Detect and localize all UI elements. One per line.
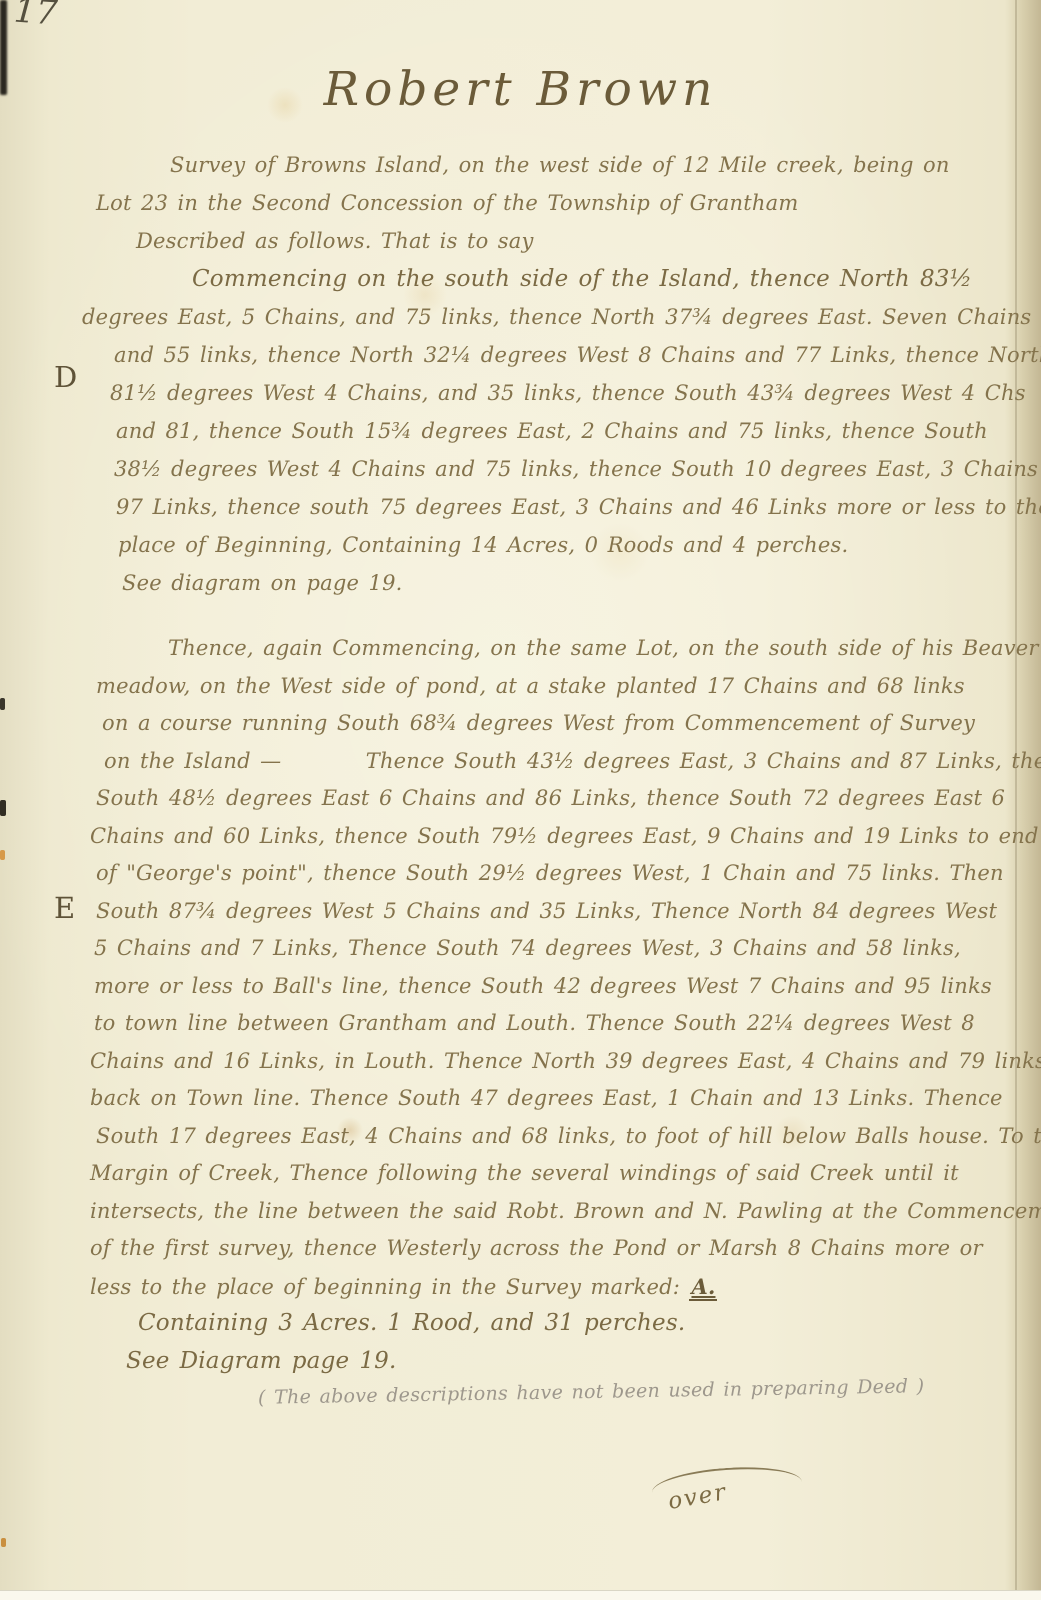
manuscript-line: intersects, the line between the said Ro… — [90, 1193, 1010, 1231]
manuscript-line: Chains and 60 Links, thence South 79½ de… — [90, 818, 1010, 856]
pencil-annotation: ( The above descriptions have not been u… — [258, 1375, 925, 1409]
marked-line-text: less to the place of beginning in the Su… — [90, 1275, 680, 1299]
manuscript-line: more or less to Ball's line, thence Sout… — [94, 968, 1010, 1006]
manuscript-line: degrees East, 5 Chains, and 75 links, th… — [82, 298, 1010, 336]
manuscript-line: 5 Chains and 7 Links, Thence South 74 de… — [94, 930, 1010, 968]
containing-line: Containing 3 Acres. 1 Rood, and 31 perch… — [138, 1305, 1010, 1343]
over-scrawl: over — [640, 1462, 820, 1522]
survey-mark-letter: A. — [689, 1274, 717, 1301]
manuscript-line: back on Town line. Thence South 47 degre… — [90, 1080, 1010, 1118]
manuscript-line: See diagram on page 19. — [122, 564, 1010, 602]
manuscript-line: Described as follows. That is to say — [136, 222, 1010, 260]
manuscript-line: of the first survey, thence Westerly acr… — [90, 1230, 1010, 1268]
page-bottom-edge — [0, 1590, 1041, 1600]
page-number: 17 — [13, 0, 59, 33]
manuscript-line: and 81, thence South 15¾ degrees East, 2… — [116, 412, 1010, 450]
manuscript-line: Chains and 16 Links, in Louth. Thence No… — [90, 1043, 1010, 1081]
manuscript-line: South 17 degrees East, 4 Chains and 68 l… — [96, 1118, 1010, 1156]
manuscript-line: Lot 23 in the Second Concession of the T… — [96, 184, 1010, 222]
manuscript-line: South 48½ degrees East 6 Chains and 86 L… — [96, 780, 1010, 818]
manuscript-line: and 55 links, thence North 32¼ degrees W… — [114, 336, 1010, 374]
manuscript-line: 97 Links, thence south 75 degrees East, … — [116, 488, 1010, 526]
binding-mark — [1, 1538, 6, 1547]
manuscript-line: place of Beginning, Containing 14 Acres,… — [118, 526, 1010, 564]
manuscript-line: South 87¾ degrees West 5 Chains and 35 L… — [96, 893, 1010, 931]
manuscript-line: 81½ degrees West 4 Chains, and 35 links,… — [110, 374, 1010, 412]
page-edge — [1015, 0, 1017, 1600]
manuscript-page: 17 Robert Brown D E Survey of Browns Isl… — [0, 0, 1041, 1600]
survey-description-1: Survey of Browns Island, on the west sid… — [0, 146, 1010, 602]
manuscript-line: on the Island — Thence South 43½ degrees… — [104, 743, 1010, 781]
manuscript-line: Margin of Creek, Thence following the se… — [90, 1155, 1010, 1193]
manuscript-line: of "George's point", thence South 29½ de… — [96, 855, 1010, 893]
manuscript-line: less to the place of beginning in the Su… — [90, 1268, 1010, 1306]
manuscript-line: to town line between Grantham and Louth.… — [94, 1005, 1010, 1043]
manuscript-line: on a course running South 68¾ degrees We… — [102, 705, 1010, 743]
binding-mark — [0, 0, 7, 95]
manuscript-line: Commencing on the south side of the Isla… — [192, 260, 1010, 298]
page-title: Robert Brown — [0, 62, 1041, 117]
see-diagram-line: See Diagram page 19. — [126, 1343, 1010, 1381]
manuscript-line: Survey of Browns Island, on the west sid… — [170, 146, 1010, 184]
manuscript-line: meadow, on the West side of pond, at a s… — [96, 668, 1010, 706]
survey-description-2: Thence, again Commencing, on the same Lo… — [0, 630, 1010, 1380]
binding-mark — [0, 850, 5, 860]
binding-mark — [0, 800, 6, 816]
binding-mark — [0, 698, 5, 710]
manuscript-line: Thence, again Commencing, on the same Lo… — [168, 630, 1010, 668]
manuscript-line: 38½ degrees West 4 Chains and 75 links, … — [114, 450, 1010, 488]
